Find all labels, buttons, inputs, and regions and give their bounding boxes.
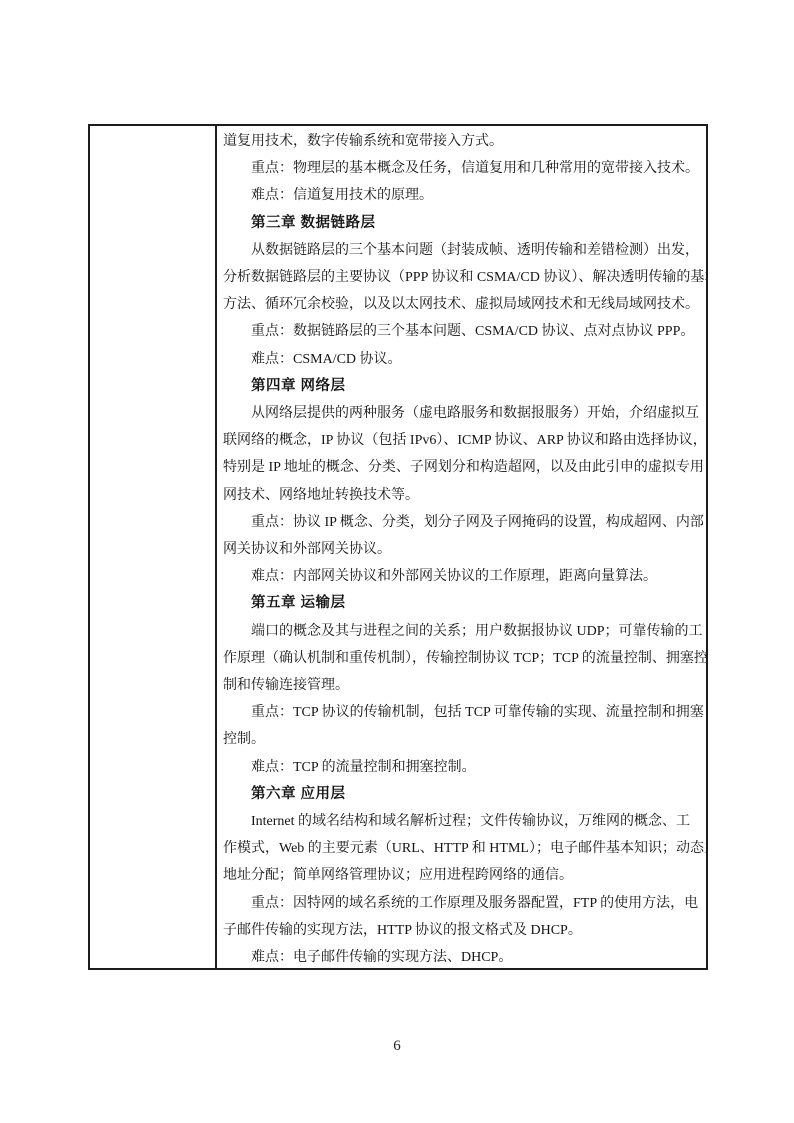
document-page: 道复用技术，数字传输系统和宽带接入方式。重点：物理层的基本概念及任务，信道复用和… — [0, 0, 794, 1123]
text-line: 重点：因特网的域名系统的工作原理及服务器配置，FTP 的使用方法，电 — [223, 890, 703, 917]
text-line: 控制。 — [223, 726, 703, 753]
text-line: 作模式，Web 的主要元素（URL、HTTP 和 HTML）；电子邮件基本知识；… — [223, 835, 703, 862]
text-line: 难点：信道复用技术的原理。 — [223, 182, 703, 209]
text-line: Internet 的域名结构和域名解析过程；文件传输协议，万维网的概念、工 — [223, 808, 703, 835]
chapter-heading: 第六章 应用层 — [223, 781, 703, 808]
text-line: 特别是 IP 地址的概念、分类、子网划分和构造超网，以及由此引申的虚拟专用 — [223, 454, 703, 481]
text-line: 方法、循环冗余校验，以及以太网技术、虚拟局域网技术和无线局域网技术。 — [223, 291, 703, 318]
text-line: 重点：协议 IP 概念、分类，划分子网及子网掩码的设置，构成超网、内部 — [223, 509, 703, 536]
syllabus-table: 道复用技术，数字传输系统和宽带接入方式。重点：物理层的基本概念及任务，信道复用和… — [88, 124, 708, 970]
chapter-heading: 第五章 运输层 — [223, 590, 703, 617]
text-line: 重点：物理层的基本概念及任务，信道复用和几种常用的宽带接入技术。 — [223, 155, 703, 182]
text-line: 从数据链路层的三个基本问题（封装成帧、透明传输和差错检测）出发， — [223, 237, 703, 264]
chapter-heading: 第三章 数据链路层 — [223, 210, 703, 237]
text-line: 难点：电子邮件传输的实现方法、DHCP。 — [223, 944, 703, 968]
text-line: 作原理（确认机制和重传机制），传输控制协议 TCP；TCP 的流量控制、拥塞控 — [223, 645, 703, 672]
text-line: 分析数据链路层的主要协议（PPP 协议和 CSMA/CD 协议）、解决透明传输的… — [223, 264, 703, 291]
table-left-cell — [90, 126, 217, 968]
text-line: 道复用技术，数字传输系统和宽带接入方式。 — [223, 128, 703, 155]
text-line: 子邮件传输的实现方法，HTTP 协议的报文格式及 DHCP。 — [223, 917, 703, 944]
text-line: 网技术、网络地址转换技术等。 — [223, 482, 703, 509]
table-content-cell: 道复用技术，数字传输系统和宽带接入方式。重点：物理层的基本概念及任务，信道复用和… — [217, 126, 706, 968]
text-line: 难点：内部网关协议和外部网关协议的工作原理，距离向量算法。 — [223, 563, 703, 590]
text-line: 难点：TCP 的流量控制和拥塞控制。 — [223, 754, 703, 781]
text-line: 难点：CSMA/CD 协议。 — [223, 346, 703, 373]
text-line: 重点：TCP 协议的传输机制，包括 TCP 可靠传输的实现、流量控制和拥塞 — [223, 699, 703, 726]
text-line: 从网络层提供的两种服务（虚电路服务和数据报服务）开始，介绍虚拟互 — [223, 400, 703, 427]
text-line: 地址分配；简单网络管理协议；应用进程跨网络的通信。 — [223, 862, 703, 889]
text-line: 端口的概念及其与进程之间的关系；用户数据报协议 UDP；可靠传输的工 — [223, 618, 703, 645]
text-line: 联网络的概念，IP 协议（包括 IPv6）、ICMP 协议、ARP 协议和路由选… — [223, 427, 703, 454]
text-line: 网关协议和外部网关协议。 — [223, 536, 703, 563]
text-line: 重点：数据链路层的三个基本问题、CSMA/CD 协议、点对点协议 PPP。 — [223, 318, 703, 345]
text-line: 制和传输连接管理。 — [223, 672, 703, 699]
page-number: 6 — [0, 1038, 794, 1055]
chapter-heading: 第四章 网络层 — [223, 373, 703, 400]
